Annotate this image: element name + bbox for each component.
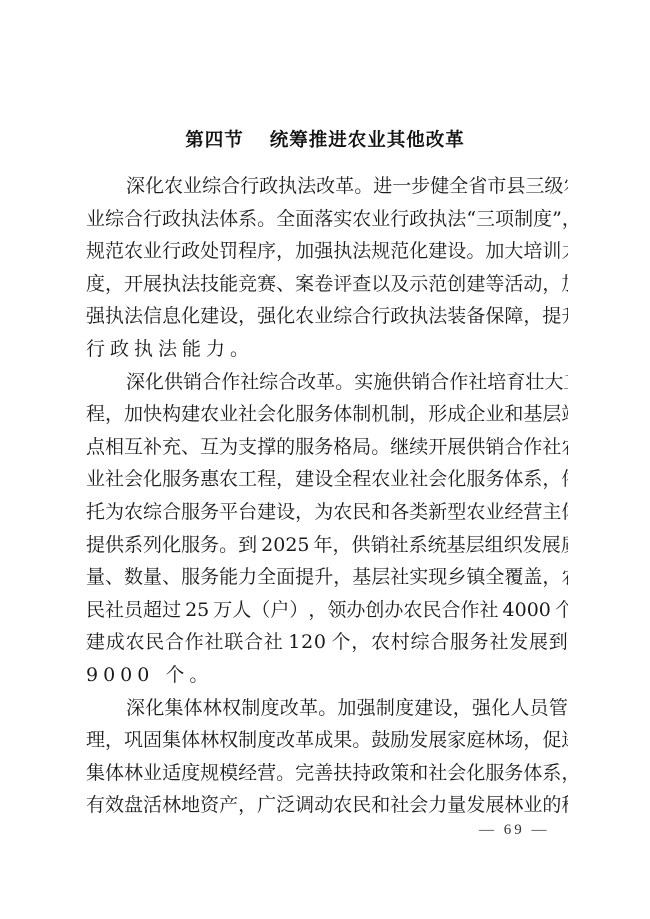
text-line: 行政执法能力。	[86, 333, 568, 366]
text-line: 规范农业行政处罚程序，加强执法规范化建设。加大培训力	[86, 235, 568, 268]
paragraph-first-line: 深化供销合作社综合改革。实施供销合作社培育壮大工	[86, 366, 568, 399]
text-line: 有效盘活林地资产，广泛调动农民和社会力量发展林业的积	[86, 789, 568, 822]
text-line: 度，开展执法技能竞赛、案卷评查以及示范创建等活动，加	[86, 268, 568, 301]
page-number: — 69 —	[479, 822, 550, 839]
text-line: 集体林业适度规模经营。完善扶持政策和社会化服务体系，	[86, 757, 568, 790]
text-line: 提供系列化服务。到 2025 年，供销社系统基层组织发展质	[86, 529, 568, 562]
text-line: 民社员超过 25 万人（户），领办创办农民合作社 4000 个，	[86, 594, 568, 627]
section-heading-text: 统筹推进农业其他改革	[270, 130, 465, 151]
text-line: 强执法信息化建设，强化农业综合行政执法装备保障，提升	[86, 300, 568, 333]
text-line: 程，加快构建农业社会化服务体制机制，形成企业和基层站	[86, 398, 568, 431]
section-number: 第四节	[185, 130, 244, 151]
paragraph-first-line: 深化农业综合行政执法改革。进一步健全省市县三级农	[86, 170, 568, 203]
text-line: 建成农民合作社联合社 120 个，农村综合服务社发展到	[86, 626, 568, 659]
text-line: 理，巩固集体林权制度改革成果。鼓励发展家庭林场，促进	[86, 724, 568, 757]
paragraph-first-line: 深化集体林权制度改革。加强制度建设，强化人员管	[86, 692, 568, 725]
text-line: 9000 个。	[86, 659, 568, 692]
text-line: 托为农综合服务平台建设，为农民和各类新型农业经营主体	[86, 496, 568, 529]
text-line: 量、数量、服务能力全面提升，基层社实现乡镇全覆盖，农	[86, 561, 568, 594]
section-title: 第四节统筹推进农业其他改革	[0, 126, 650, 152]
text-line: 业社会化服务惠农工程，建设全程农业社会化服务体系，依	[86, 463, 568, 496]
text-line: 业综合行政执法体系。全面落实农业行政执法“三项制度”，	[86, 203, 568, 236]
text-line: 点相互补充、互为支撑的服务格局。继续开展供销合作社农	[86, 431, 568, 464]
document-body: 深化农业综合行政执法改革。进一步健全省市县三级农业综合行政执法体系。全面落实农业…	[86, 170, 568, 822]
